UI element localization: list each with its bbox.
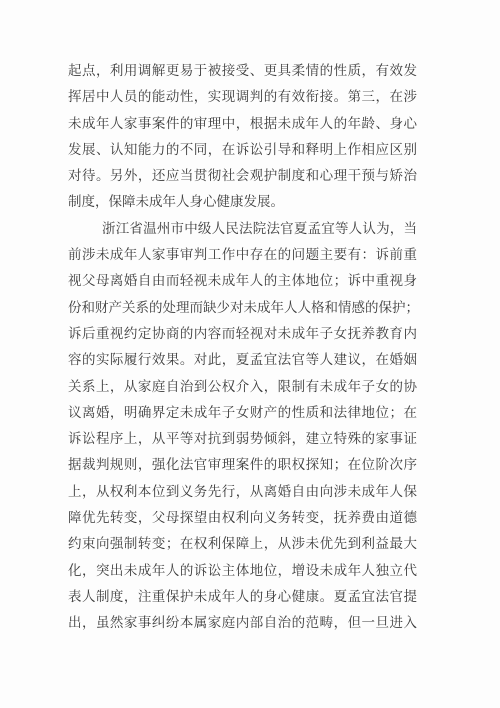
text-line: 未成年人家事案件的审理中，根据未成年人的年龄、身心 — [68, 111, 417, 137]
text-line: 表人制度，注重保护未成年人的身心健康。夏孟宜法官提 — [68, 584, 417, 610]
text-line: 上，从权利本位到义务先行，从离婚自由向涉未成年人保 — [68, 479, 417, 505]
text-line: 诉讼程序上，从平等对抗到弱势倾斜，建立特殊的家事证 — [68, 426, 417, 452]
text-line: 障优先转变，父母探望由权利向义务转变，抚养费由道德 — [68, 505, 417, 531]
text-line: 约束向强制转变；在权利保障上，从涉未优先到利益最大 — [68, 531, 417, 557]
text-line: 挥居中人员的能动性，实现调判的有效衔接。第三，在涉 — [68, 84, 417, 110]
text-line: 份和财产关系的处理而缺少对未成年人人格和情感的保护； — [68, 295, 417, 321]
text-line: 据裁判规则，强化法官审理案件的职权探知；在位阶次序 — [68, 452, 417, 478]
text-line: 关系上，从家庭自治到公权介入，限制有未成年子女的协 — [68, 374, 417, 400]
text-line: 制度，保障未成年人身心健康发展。 — [68, 189, 417, 215]
text-line: 出，虽然家事纠纷本属家庭内部自治的范畴，但一旦进入 — [68, 610, 417, 636]
text-line: 浙江省温州市中级人民法院法官夏孟宜等人认为，当 — [68, 216, 417, 242]
text-line: 发展、认知能力的不同，在诉讼引导和释明上作相应区别 — [68, 137, 417, 163]
text-line: 化，突出未成年人的诉讼主体地位，增设未成年人独立代 — [68, 558, 417, 584]
text-line: 起点，利用调解更易于被接受、更具柔情的性质，有效发 — [68, 58, 417, 84]
article-text: 起点，利用调解更易于被接受、更具柔情的性质，有效发 挥居中人员的能动性，实现调判… — [68, 58, 417, 637]
text-line: 对待。另外，还应当贯彻社会观护制度和心理干预与矫治 — [68, 163, 417, 189]
text-line: 前涉未成年人家事审判工作中存在的问题主要有：诉前重 — [68, 242, 417, 268]
text-line: 诉后重视约定协商的内容而轻视对未成年子女抚养教育内 — [68, 321, 417, 347]
scanned-document-page: 起点，利用调解更易于被接受、更具柔情的性质，有效发 挥居中人员的能动性，实现调判… — [0, 0, 500, 708]
text-line: 议离婚，明确界定未成年子女财产的性质和法律地位；在 — [68, 400, 417, 426]
text-line: 容的实际履行效果。对此，夏孟宜法官等人建议，在婚姻 — [68, 347, 417, 373]
text-line: 视父母离婚自由而轻视未成年人的主体地位；诉中重视身 — [68, 268, 417, 294]
